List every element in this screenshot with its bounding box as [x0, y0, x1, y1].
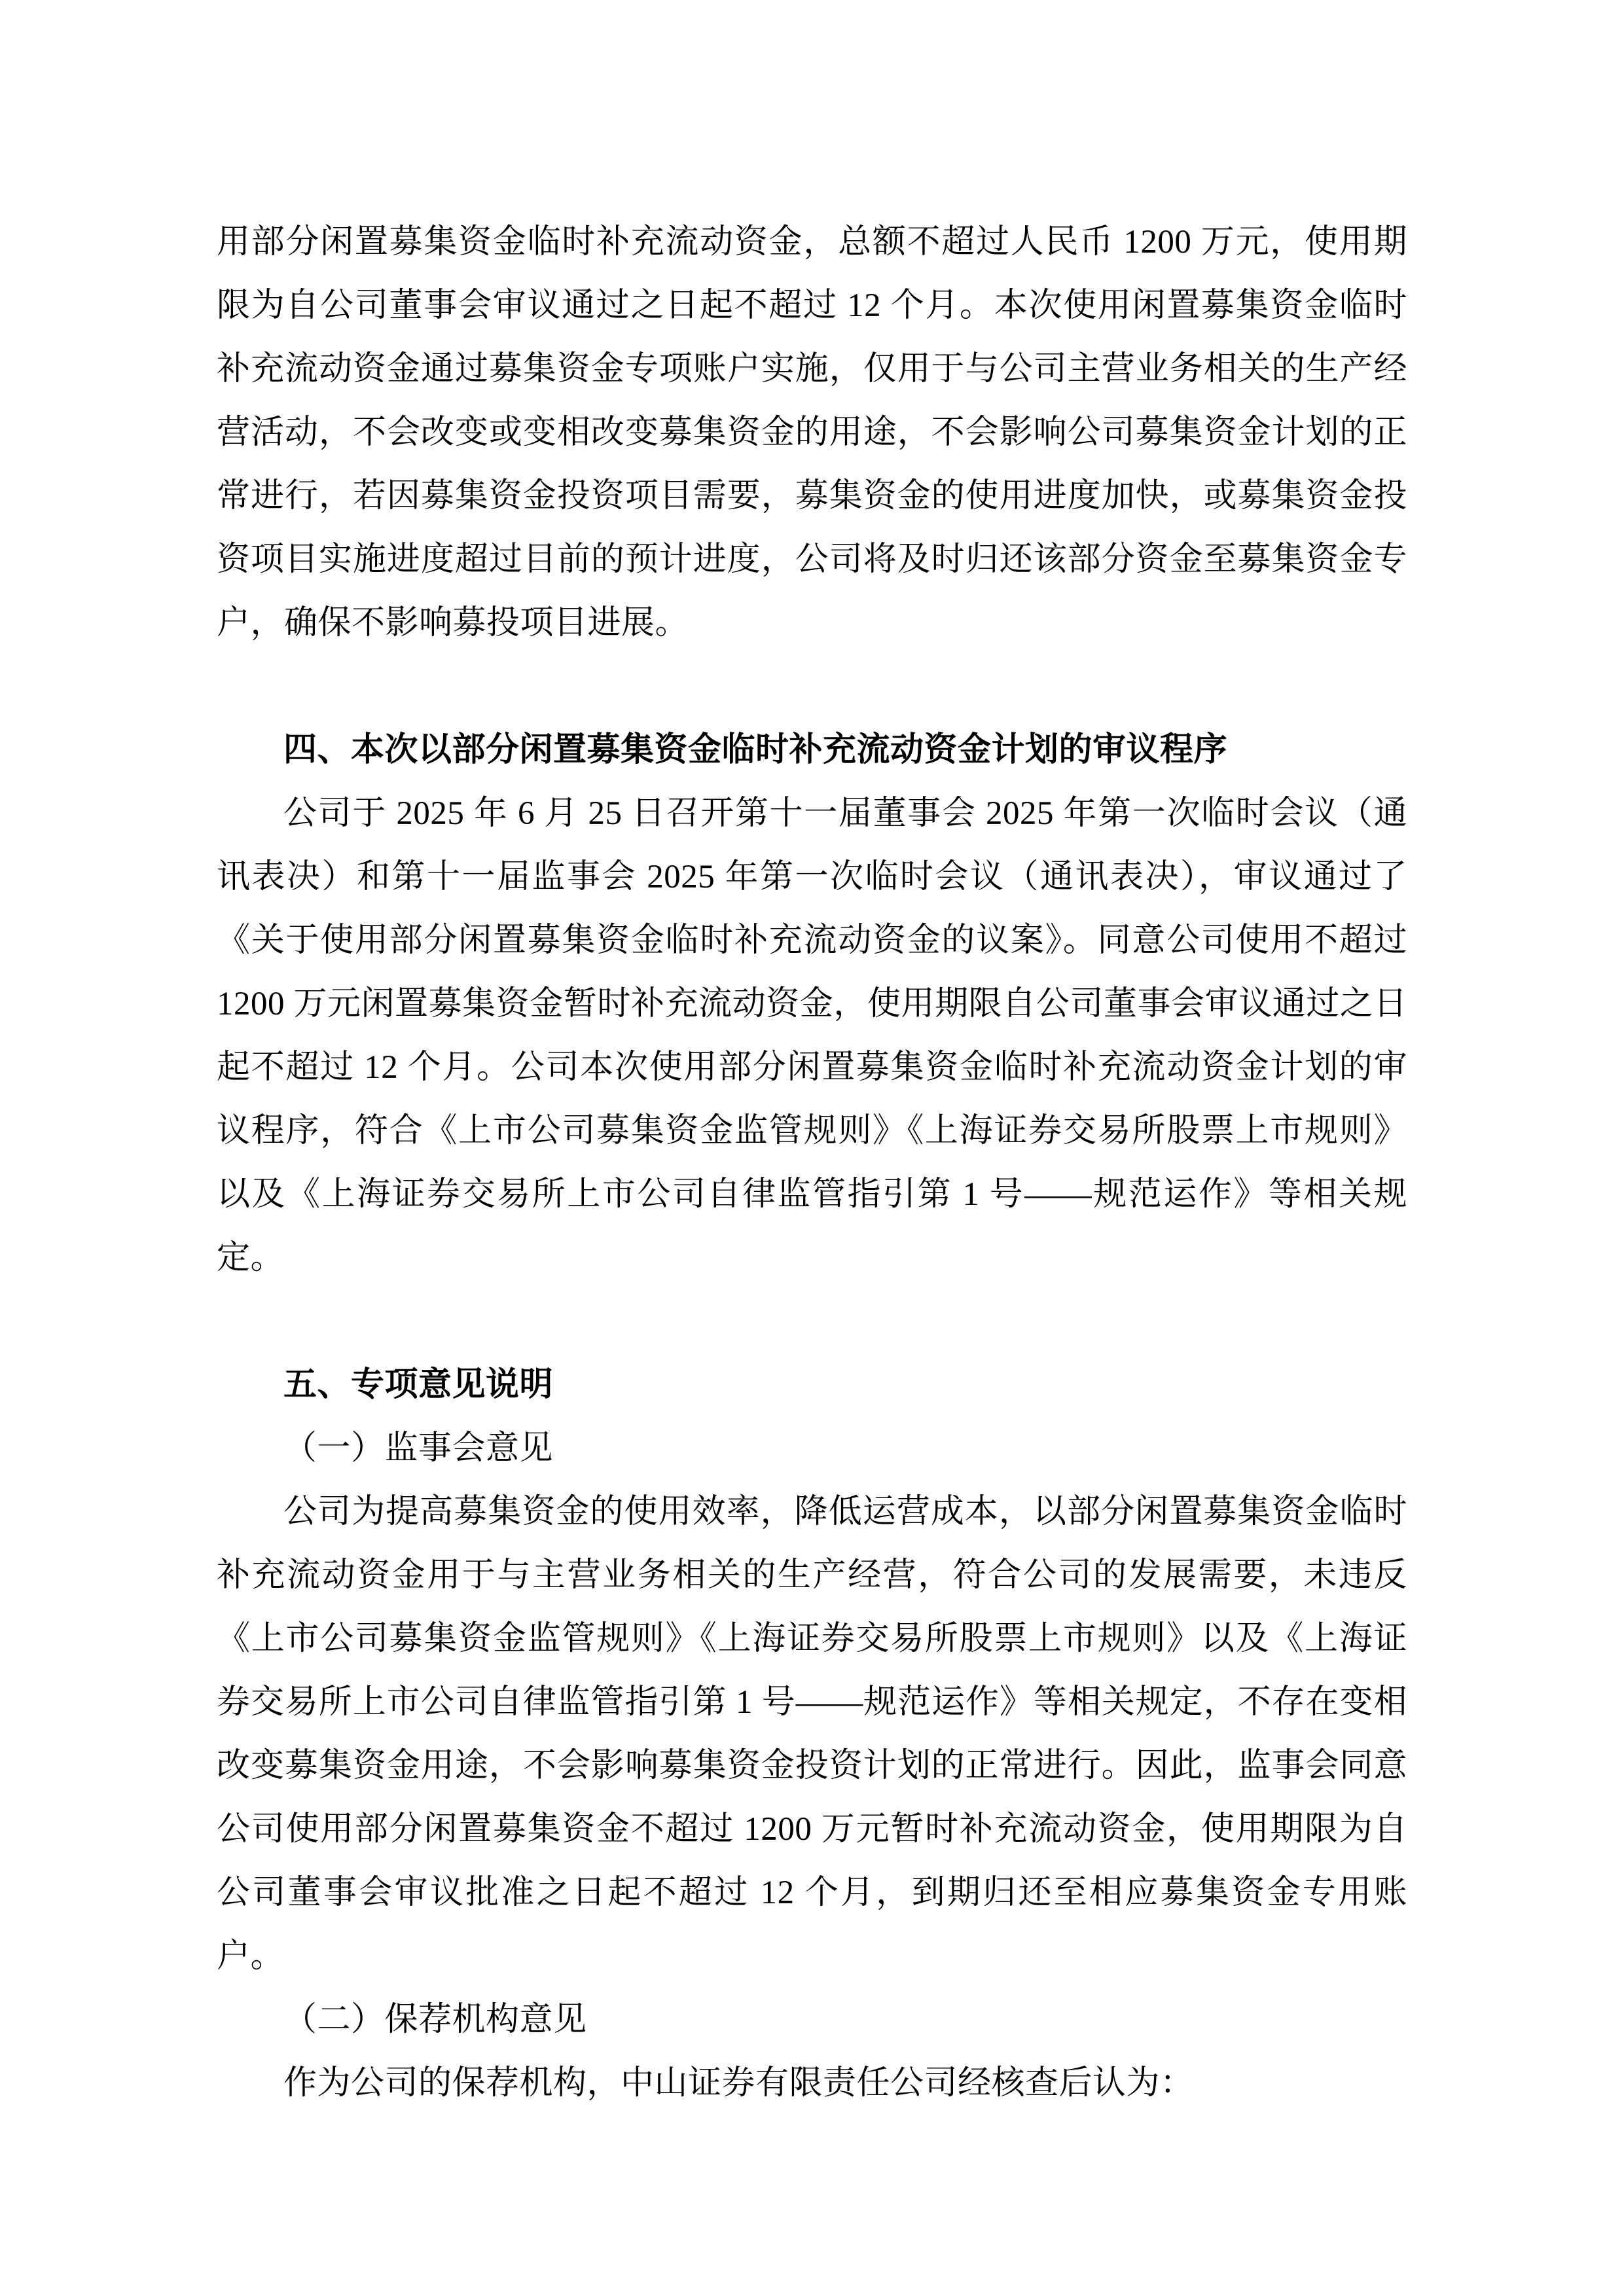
body-paragraph-section-4: 公司于 2025 年 6 月 25 日召开第十一届董事会 2025 年第一次临时… [217, 782, 1407, 1290]
subheading-supervisory-board-opinion: （一）监事会意见 [217, 1417, 1407, 1480]
body-paragraph-sponsor-opinion: 作为公司的保荐机构，中山证券有限责任公司经核查后认为： [217, 2052, 1407, 2115]
subheading-sponsor-opinion: （二）保荐机构意见 [217, 1988, 1407, 2052]
body-paragraph-supervisory-opinion: 公司为提高募集资金的使用效率，降低运营成本，以部分闲置募集资金临时补充流动资金用… [217, 1480, 1407, 1988]
body-paragraph-continuation: 用部分闲置募集资金临时补充流动资金，总额不超过人民币 1200 万元，使用期限为… [217, 211, 1407, 655]
section-heading-5: 五、专项意见说明 [217, 1354, 1407, 1417]
section-heading-4: 四、本次以部分闲置募集资金临时补充流动资金计划的审议程序 [217, 719, 1407, 782]
document-page: 用部分闲置募集资金临时补充流动资金，总额不超过人民币 1200 万元，使用期限为… [0, 0, 1624, 2296]
